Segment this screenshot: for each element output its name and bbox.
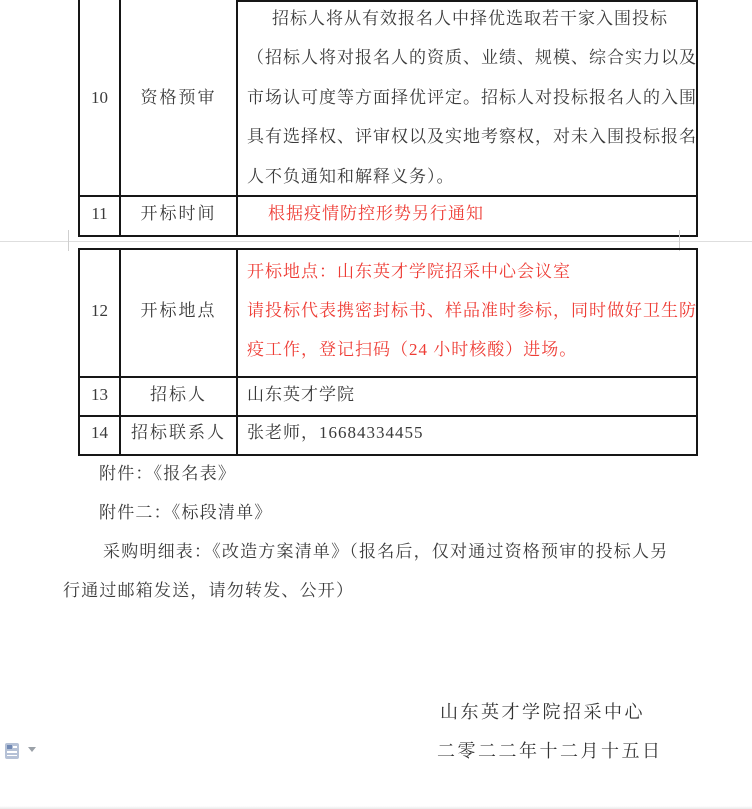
table-border [696, 0, 698, 237]
row-number: 13 [80, 385, 119, 405]
row-content-line: 开标地点：山东英才学院招采中心会议室 [247, 262, 571, 282]
row-number: 10 [80, 88, 119, 108]
row-content-line: （招标人将对报名人的资质、业绩、规模、综合实力以及 [247, 48, 697, 68]
document-anchor-textline [13, 746, 17, 748]
attachment-line: 采购明细表：《改造方案清单》（报名后，仅对通过资格预审的投标人另 [63, 542, 668, 562]
row-label: 开标地点 [121, 301, 236, 321]
table-border [236, 248, 238, 456]
signature-date: 二零二二年十二月十五日 [437, 740, 663, 762]
row-label: 招标人 [121, 385, 236, 405]
table-border [236, 0, 698, 2]
table-border [78, 0, 80, 237]
row-content-line: 招标人将从有效报名人中择优选取若干家入围投标 [247, 9, 668, 29]
document-page: 10 资格预审 招标人将从有效报名人中择优选取若干家入围投标 （招标人将对报名人… [0, 0, 752, 809]
table-border [78, 376, 698, 378]
row-content-line: 疫工作，登记扫码（24 小时核酸）进场。 [247, 340, 577, 360]
row-content-line: 人不负通知和解释义务）。 [247, 167, 455, 187]
signature-org: 山东英才学院招采中心 [440, 701, 645, 723]
table-border [78, 195, 698, 197]
page-break-line [0, 241, 752, 242]
table-border [78, 454, 698, 456]
row-label: 资格预审 [121, 88, 236, 108]
table-border [236, 0, 238, 237]
table-border [78, 415, 698, 417]
row-number: 14 [80, 423, 119, 443]
document-anchor-textline [7, 751, 17, 753]
row-content-line: 请投标代表携密封标书、样品准时参标，同时做好卫生防 [247, 301, 697, 321]
document-anchor-accent [7, 745, 12, 749]
row-content-line: 根据疫情防控形势另行通知 [268, 204, 484, 224]
attachment-line: 附件：《报名表》 [63, 464, 236, 484]
row-number: 12 [80, 301, 119, 321]
attachment-line: 行通过邮箱发送，请勿转发、公开） [63, 581, 354, 601]
document-anchor-icon[interactable] [5, 743, 19, 759]
row-content-line: 山东英才学院 [247, 385, 355, 405]
attachment-line: 附件二：《标段清单》 [63, 503, 273, 523]
table-border [696, 248, 698, 456]
row-content-line: 张老师，16684334455 [247, 423, 424, 443]
table-border [78, 235, 698, 237]
row-number: 11 [80, 204, 119, 224]
row-label: 开标时间 [121, 204, 236, 224]
row-content-line: 市场认可度等方面择优评定。招标人对投标报名人的入围 [247, 88, 697, 108]
row-label: 招标联系人 [121, 423, 236, 443]
chevron-down-icon[interactable] [28, 747, 36, 752]
table-border [78, 248, 698, 250]
table-border [119, 0, 121, 237]
margin-tick [68, 230, 69, 251]
document-anchor-textline [7, 755, 17, 757]
row-content-line: 具有选择权、评审权以及实地考察权，对未入围投标报名 [247, 127, 697, 147]
